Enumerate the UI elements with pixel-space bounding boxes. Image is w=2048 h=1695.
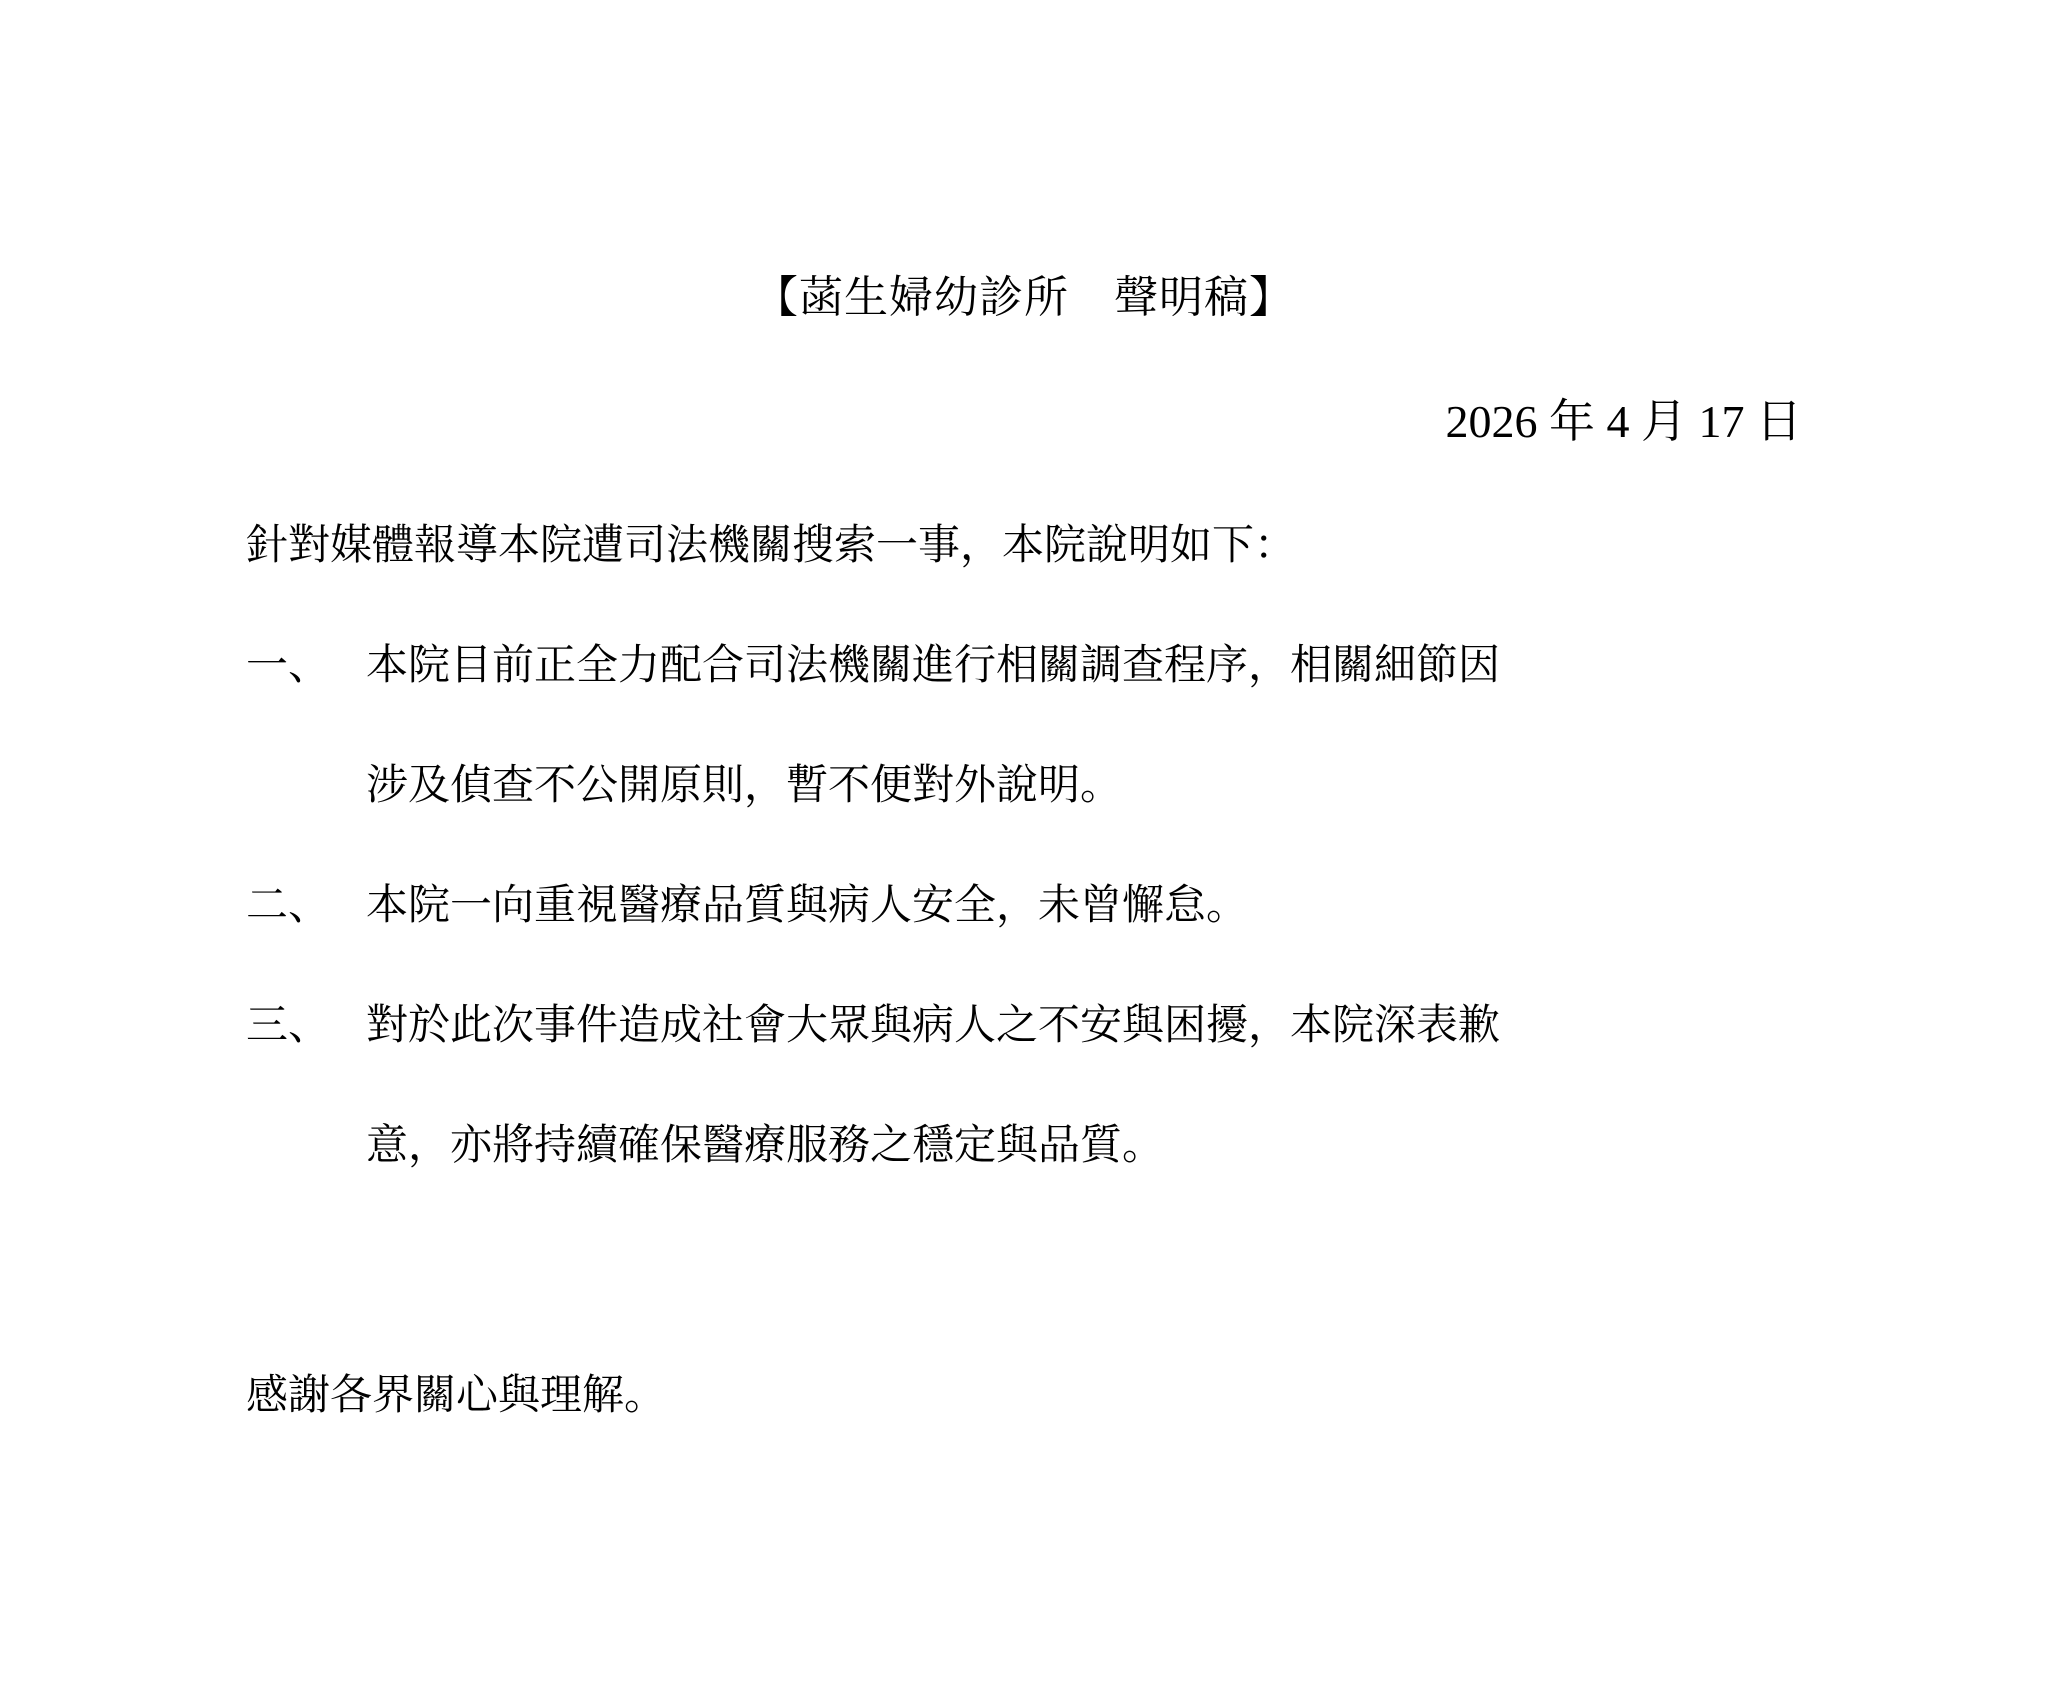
item-text-line: 本院目前正全力配合司法機關進行相關調查程序，相關細節因 xyxy=(366,637,1500,693)
document-title: 【菡生婦幼診所 聲明稿】 xyxy=(0,270,2048,326)
item-text-line: 本院一向重視醫療品質與病人安全，未曾懈怠。 xyxy=(366,877,1248,933)
item-text-line: 對於此次事件造成社會大眾與病人之不安與困擾，本院深表歉 xyxy=(366,997,1500,1053)
intro-paragraph: 針對媒體報導本院遭司法機關搜索一事，本院說明如下： xyxy=(246,517,1296,573)
document-page: 【菡生婦幼診所 聲明稿】 2026 年 4 月 17 日 針對媒體報導本院遭司法… xyxy=(0,0,2048,1695)
item-label: 三、 xyxy=(246,997,366,1053)
item-label: 一、 xyxy=(246,637,366,693)
item-text-line: 意，亦將持續確保醫療服務之穩定與品質。 xyxy=(366,1117,1164,1173)
document-date: 2026 年 4 月 17 日 xyxy=(1446,394,1803,450)
closing-remark: 感謝各界關心與理解。 xyxy=(246,1367,666,1423)
item-text-line: 涉及偵查不公開原則，暫不便對外說明。 xyxy=(366,757,1122,813)
item-label: 二、 xyxy=(246,877,366,933)
